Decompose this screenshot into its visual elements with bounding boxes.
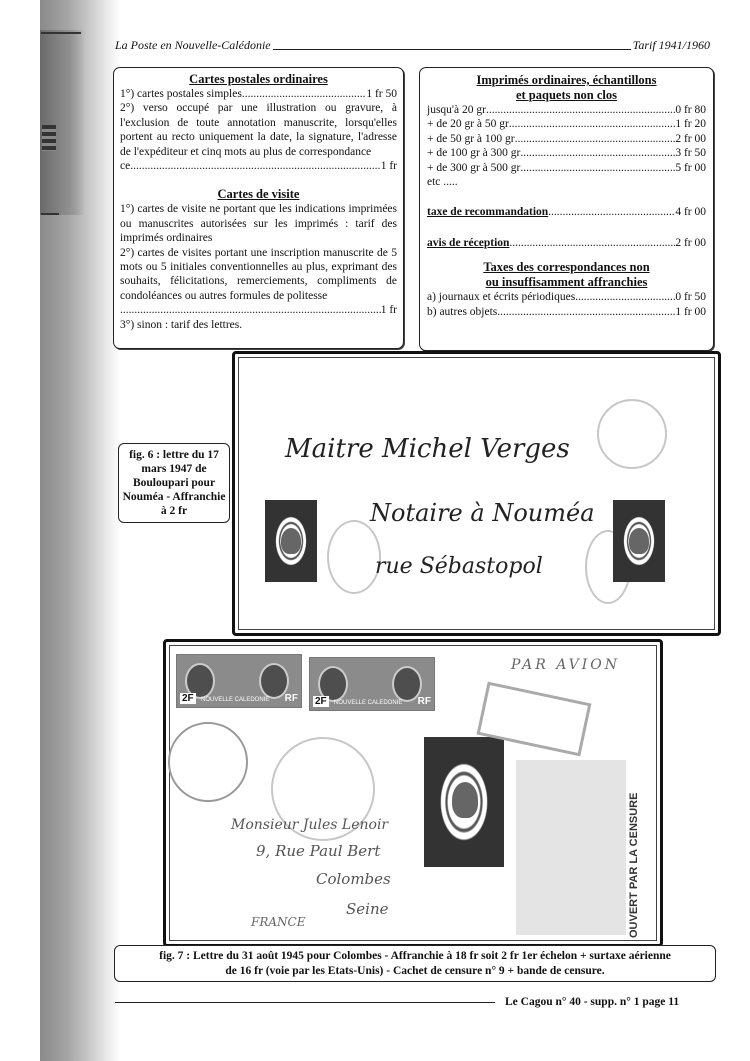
section-title-taxes: Taxes des correspondances non <box>427 260 706 275</box>
section-title-cartes-postales: Cartes postales ordinaires <box>120 72 397 87</box>
handwritten-address: FRANCE <box>251 915 305 929</box>
ghost-stamp-offset <box>516 760 626 935</box>
navigator-stamp-2f: 2F NOUVELLE CALEDONIE RF <box>309 657 435 711</box>
rate-row: ce 1 fr <box>120 159 397 173</box>
tariff-box-postcards: Cartes postales ordinaires 1°) cartes po… <box>113 67 404 349</box>
facing-page-rule <box>41 213 59 215</box>
tariff-box-printed-matter: Imprimés ordinaires, échantillons et paq… <box>419 67 714 351</box>
handwritten-address: Monsieur Jules Lenoir <box>231 817 388 833</box>
header-title: La Poste en Nouvelle-Calédonie <box>115 38 271 53</box>
cagou-stamp-4f <box>424 737 504 867</box>
section-title-cartes-visite: Cartes de visite <box>120 187 397 202</box>
rate-row: + de 50 gr à 100 gr2 fr 00 <box>427 132 706 146</box>
page-header: La Poste en Nouvelle-Calédonie Tarif 194… <box>115 38 710 53</box>
figure-6-envelope-image: Maitre Michel Verges Notaire à Nouméa ru… <box>232 351 721 636</box>
rate-row: a) journaux et écrits périodiques0 fr 50 <box>427 290 706 304</box>
rate-row: + de 100 gr à 300 gr3 fr 50 <box>427 146 706 160</box>
rate-text: 2°) cartes de visites portant une inscri… <box>120 246 397 304</box>
facing-page-mark <box>42 125 56 151</box>
postmark <box>597 399 667 469</box>
postmark <box>168 722 248 802</box>
etc-text: etc ..... <box>427 175 706 189</box>
postmark <box>327 520 381 594</box>
facing-page-rule <box>41 32 81 34</box>
rate-row: + de 20 gr à 50 gr1 fr 20 <box>427 117 706 131</box>
rate-row-recommandation: taxe de recommandation 4 fr 00 <box>427 205 706 219</box>
header-tariff: Tarif 1941/1960 <box>633 38 710 53</box>
rate-row: 1 fr <box>120 303 397 317</box>
rate-row: 1°) cartes postales simples 1 fr 50 <box>120 87 397 101</box>
cagou-stamp <box>613 500 665 582</box>
rate-row: + de 300 gr à 500 gr5 fr 00 <box>427 161 706 175</box>
rate-row-avis: avis de réception 2 fr 00 <box>427 236 706 250</box>
cagou-stamp <box>265 500 317 582</box>
section-title-imprimes: Imprimés ordinaires, échantillons <box>427 73 706 88</box>
par-avion-mark: PAR AVION <box>511 657 620 673</box>
section-title-imprimes-2: et paquets non clos <box>427 88 706 103</box>
section-title-taxes-2: ou insuffisamment affranchies <box>427 275 706 290</box>
footer-text: Le Cagou n° 40 - supp. n° 1 page 11 <box>505 996 679 1008</box>
handwritten-address: Maitre Michel Verges <box>285 434 570 464</box>
handwritten-address: rue Sébastopol <box>375 554 543 579</box>
navigator-stamp-2f: 2F NOUVELLE CALEDONIE RF <box>176 654 302 708</box>
handwritten-address: Notaire à Nouméa <box>370 499 595 527</box>
handwritten-address: 9, Rue Paul Bert <box>256 842 380 860</box>
figure-6-caption: fig. 6 : lettre du 17 mars 1947 de Boulo… <box>118 443 230 523</box>
censor-band-text: OUVERT PAR LA CENSURE <box>628 793 640 938</box>
page-footer: Le Cagou n° 40 - supp. n° 1 page 11 <box>115 996 710 1008</box>
facing-page-edge <box>40 30 85 215</box>
handwritten-address: Colombes <box>316 870 391 888</box>
rate-text: 2°) verso occupé par une illustration ou… <box>120 101 397 159</box>
rate-text: 3°) sinon : tarif des lettres. <box>120 318 397 332</box>
handwritten-address: Seine <box>346 900 389 918</box>
footer-rule <box>115 1002 495 1003</box>
rate-row: b) autres objets1 fr 00 <box>427 305 706 319</box>
header-rule <box>273 49 631 50</box>
rate-text: 1°) cartes de visite ne portant que les … <box>120 202 397 245</box>
figure-7-caption: fig. 7 : Lettre du 31 août 1945 pour Col… <box>114 945 716 982</box>
rate-row: jusqu'à 20 gr0 fr 80 <box>427 103 706 117</box>
figure-7-envelope-image: 2F NOUVELLE CALEDONIE RF 2F NOUVELLE CAL… <box>163 639 663 947</box>
